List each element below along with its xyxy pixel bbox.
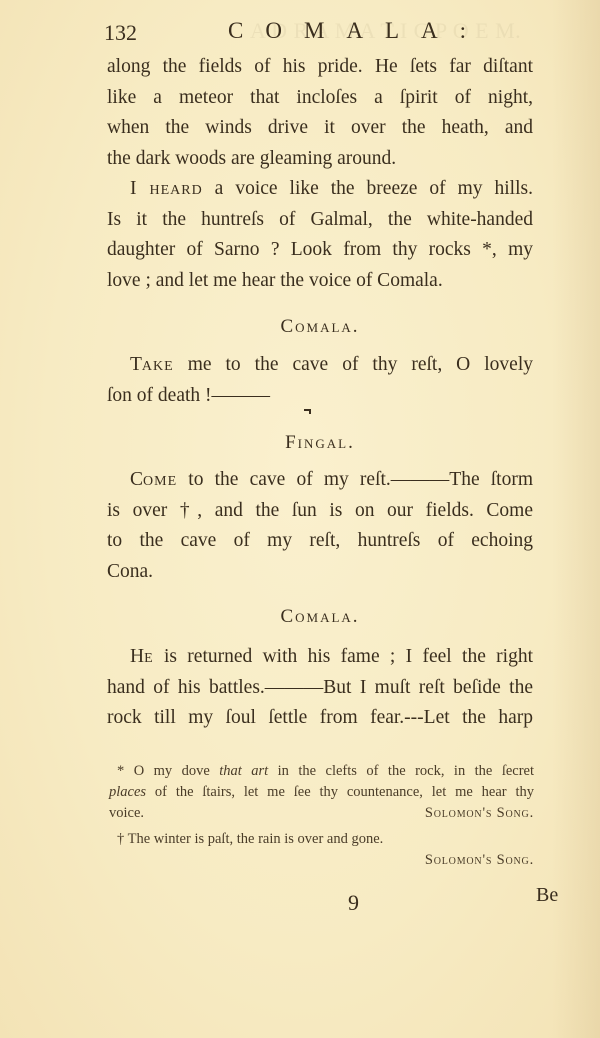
speaker-heading-comala-2: Comala. (107, 606, 533, 628)
paragraph-continuation: along the fields of his pride. He ſets f… (107, 52, 533, 174)
text-line: love ; and let me hear the voice of Coma… (107, 266, 533, 297)
text-line: Come to the cave of my reſt.———The ſtorm (107, 465, 533, 496)
lead-small-caps: ome (143, 469, 177, 490)
text-line: is over †, and the ſun is on our fields.… (107, 496, 533, 527)
footnote-italic: places (109, 784, 146, 800)
page-header: 132 COMALA: (104, 14, 544, 48)
footnote-2: † The winter is paſt, the rain is over a… (117, 829, 534, 871)
footnote-text: The winter is paſt, the rain is over and… (124, 831, 383, 847)
lead-small-caps: e (144, 646, 154, 667)
text-line: hand of his battles.———But I muſt reſt b… (107, 673, 533, 704)
footnote-line: places of the ſtairs, let me ſee thy cou… (109, 782, 534, 803)
signature-mark: 9 (348, 890, 359, 916)
lead-capital: C (130, 469, 143, 490)
footnote-text: in the clefts of the rock, in the ſecret (268, 763, 534, 779)
printer-mark (304, 409, 311, 414)
footnote-text: O my dove (124, 763, 219, 779)
text-line: rock till my ſoul ſettle from fear.---Le… (107, 703, 533, 734)
footnote-1: * O my dove that art in the clefts of th… (117, 761, 534, 824)
footnote-text: of the ſtairs, let me ſee thy countenanc… (146, 784, 534, 800)
footnote-text: voice. (109, 803, 144, 824)
running-head: COMALA: (228, 18, 488, 44)
book-page: A D R A M A T I C P O E M. 132 COMALA: a… (0, 0, 600, 1038)
text-line: along the fields of his pride. He ſets f… (107, 52, 533, 83)
footnote-line: voice. Solomon's Song. (109, 803, 534, 824)
line-rest: me to the cave of thy reſt, O lovely (174, 354, 533, 375)
text-line: Is it the huntreſs of Galmal, the white-… (107, 205, 533, 236)
text-line: to the cave of my reſt, huntreſs of echo… (107, 526, 533, 557)
text-line: I heard a voice like the breeze of my hi… (107, 174, 533, 205)
lead-capital: H (130, 646, 144, 667)
lead-small-caps: ake (142, 354, 174, 375)
footnote-line: * O my dove that art in the clefts of th… (117, 761, 534, 782)
text-line: ſon of death !——— (107, 381, 533, 412)
speaker-heading-comala: Comala. (107, 316, 533, 338)
speaker-heading-fingal: Fingal. (107, 432, 533, 454)
page-number: 132 (104, 20, 137, 46)
paragraph-fingal-reply: Come to the cave of my reſt.———The ſtorm… (107, 465, 533, 587)
catchword: Be (536, 884, 558, 907)
text-line: daughter of Sarno ? Look from thy rocks … (107, 235, 533, 266)
footnote-attribution: Solomon's Song. (117, 850, 534, 871)
line-rest: to the cave of my reſt.———The ſtorm (177, 469, 533, 490)
lead-capital: T (130, 354, 142, 375)
text-line: Cona. (107, 557, 533, 588)
line-rest: is returned with his fame ; I feel the r… (154, 646, 533, 667)
text-line: when the winds drive it over the heath, … (107, 113, 533, 144)
line-rest: a voice like the breeze of my hills. (203, 178, 533, 199)
text-line: like a meteor that incloſes a ſpirit of … (107, 83, 533, 114)
lead-small-caps: heard (137, 178, 203, 199)
footnote-italic: that art (219, 763, 268, 779)
paragraph-fingal-speech: I heard a voice like the breeze of my hi… (107, 174, 533, 296)
paragraph-comala-reply: He is returned with his fame ; I feel th… (107, 642, 533, 734)
paragraph-comala-speech: Take me to the cave of thy reſt, O lovel… (107, 350, 533, 411)
text-line: the dark woods are gleaming around. (107, 144, 533, 175)
text-line: Take me to the cave of thy reſt, O lovel… (107, 350, 533, 381)
text-line: He is returned with his fame ; I feel th… (107, 642, 533, 673)
footnote-line: † The winter is paſt, the rain is over a… (117, 829, 534, 850)
footnote-attribution: Solomon's Song. (425, 803, 534, 824)
